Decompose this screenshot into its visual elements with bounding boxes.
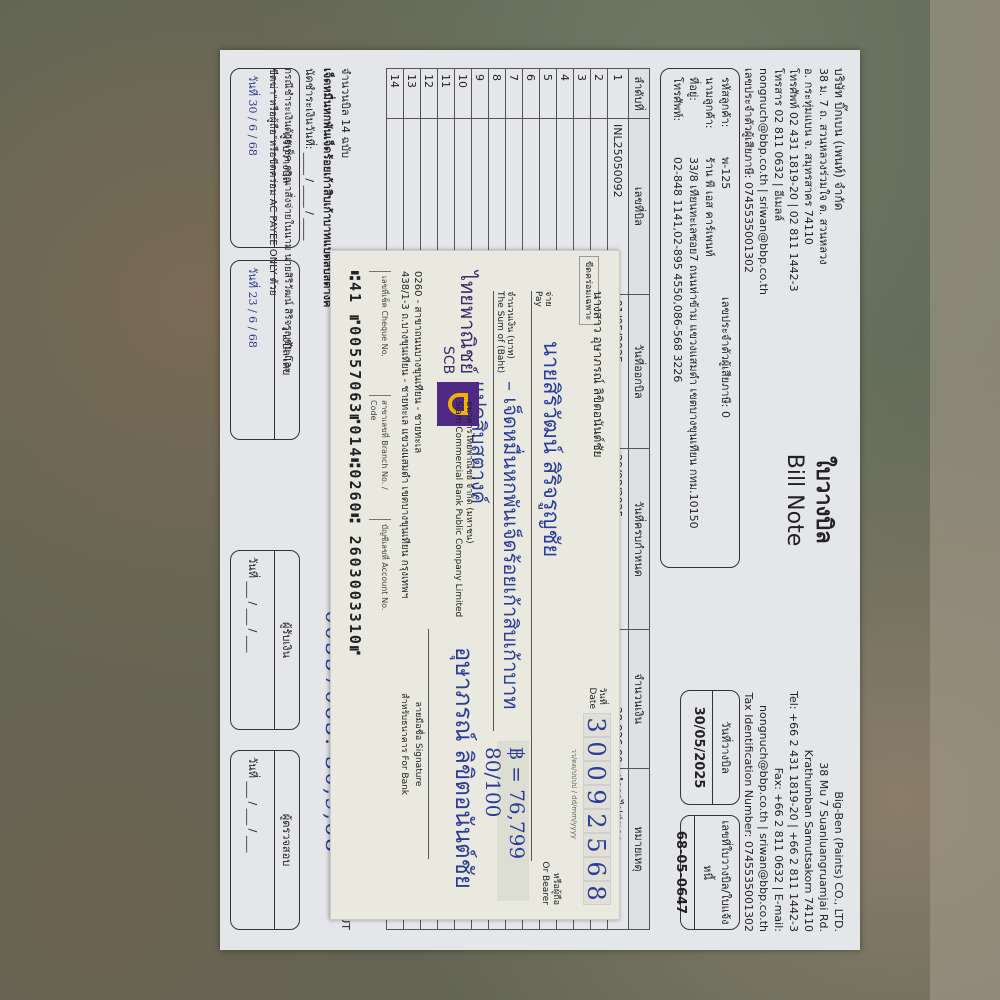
date-label-thai: วันที่ — [597, 687, 607, 709]
signature-label: วางบิลโดย — [274, 261, 299, 439]
customer-address: 33/8 เทียนทะเลซอย7 ถนนท่าข้าม แขวงแสมดำ … — [685, 157, 701, 529]
table-cell: 2 — [591, 69, 608, 119]
signature-label: ผู้รับเงิน — [274, 551, 299, 729]
bank-full-english: Siam Commercial Bank Public Company Limi… — [452, 401, 463, 617]
table-cell: 10 — [455, 69, 472, 119]
bill-number-box: เลขที่ใบวางบิล/ใบแจ้งหนี้ 68-05-0647 — [680, 815, 740, 930]
payment-date: นัดชำระเงินวันที่: ____ / ____ / ____ — [301, 68, 319, 930]
table-cell: 11 — [438, 69, 455, 119]
account-no-field: บัญชีเลขที่ Account No. — [369, 519, 391, 629]
branch-address: 438/1-3 ถ.บางขุนเทียน - ชายทะเล แขวงแสมด… — [398, 271, 411, 598]
sum-line: จำนวนเงิน (บาท) The Sum of (Baht) – เจ็ด… — [493, 291, 527, 731]
signature-label-block: ลายมือชื่อ Signature สำหรับธนาคาร For Ba… — [398, 629, 429, 859]
signature-date: วันที่ ___ / ___ / ___ — [232, 751, 274, 929]
company-phone: Tel: +66 2 431 1819-20 | +66 2 811 1442-… — [786, 632, 801, 932]
or-bearer-label: หรือผู้ถือ Or Bearer — [539, 861, 561, 905]
table-cell: 3 — [574, 69, 591, 119]
customer-phone: 02-848 1141,02-895 4550,086-568 3226 — [669, 157, 685, 382]
company-phone: โทรศัพท์ 02 431 1819-20 | 02 811 1442-3 — [786, 68, 801, 398]
document-title: ใบวางบิล Bill Note — [782, 430, 842, 570]
table-cell: 12 — [421, 69, 438, 119]
table-cell: 6 — [523, 69, 540, 119]
column-header: วันที่ออกบิล — [629, 294, 650, 449]
cheque-date: วันที่Date 30092568 — [583, 687, 611, 905]
signature-box-inspector: ผู้ตรวจสอบ วันที่ ___ / ___ / ___ — [230, 750, 300, 930]
date-digit: 8 — [583, 881, 611, 905]
column-header: เลขที่บิล — [629, 119, 650, 295]
date-digit: 0 — [583, 761, 611, 785]
company-name-english: Big-Ben (Paints) CO., LTD. — [831, 632, 846, 932]
branch-code: 0260 - สาขาถนนบางขุนเทียน - ชายทะเล — [411, 271, 424, 598]
date-digit: 9 — [583, 785, 611, 809]
date-digits: 30092568 — [583, 713, 611, 905]
date-format-hint: วว/ดด/ปปปป / dd/mm/yyyy — [568, 749, 579, 839]
table-cell: 7 — [506, 69, 523, 119]
title-english: Bill Note — [782, 430, 807, 570]
signature-date: วันที่ 23 / 6 / 68 — [232, 261, 274, 439]
handwritten-signature: อุษาภรณ์ ลิขิตอนันต์ชัย — [445, 647, 484, 889]
company-tax-id: Tax Identification Number: 0745535001302 — [741, 632, 756, 932]
label: โทรศัพท์: — [669, 77, 685, 157]
column-header: จำนวนเงิน — [629, 629, 650, 768]
signature-box-billed-by: วางบิลโดย วันที่ 23 / 6 / 68 — [230, 260, 300, 440]
table-cell: 8 — [489, 69, 506, 119]
label: นามลูกค้า: — [701, 77, 717, 157]
table-cell: 13 — [404, 69, 421, 119]
signature-box-receiver: ผู้รับวางบิล วันที่ 30 / 6 / 68 — [230, 68, 300, 248]
bill-date-label: วันที่วางบิล — [712, 691, 739, 804]
stone-background — [930, 0, 1000, 1000]
table-cell: 1 — [608, 69, 629, 119]
table-header: ลำดับที่เลขที่บิลวันที่ออกบิลวันที่ครบกำ… — [629, 69, 650, 930]
account-holder: นางสาว อุษาภรณ์ ลิขิตอนันต์ชัย — [588, 291, 607, 458]
signature-date: วันที่ 30 / 6 / 68 — [232, 69, 274, 247]
title-thai: ใบวางบิล — [807, 430, 842, 570]
company-email: nongnuch@bbp.co.th | sriwan@bbp.co.th — [756, 68, 771, 398]
bill-number-label: เลขที่ใบวางบิล/ใบแจ้งหนี้ — [694, 816, 739, 929]
cheque-no-field: เลขที่เช็ค Cheque No. — [369, 271, 391, 381]
column-header: ลำดับที่ — [629, 69, 650, 119]
bill-count: จำนวนบิล 14 ฉบับ — [337, 68, 355, 158]
label: ที่อยู่: — [685, 77, 701, 157]
bill-number-value: 68-05-0647 — [667, 816, 694, 929]
company-fax: โทรสาร 02 811 0632 | อีเมลล์ — [771, 68, 786, 398]
signature-label: ผู้รับวางบิล — [274, 69, 299, 247]
company-address-line: 38 ม. 7 ถ. สวนหลวงร่วมใจ ต. สวนหลวง — [816, 68, 831, 398]
date-label-english: Date — [587, 687, 597, 709]
bill-date-value: 30/05/2025 — [685, 691, 712, 804]
table-cell: 14 — [387, 69, 404, 119]
column-header: วันที่ครบกำหนด — [629, 449, 650, 630]
for-bank-label: สำหรับธนาคาร For Bank — [398, 629, 412, 859]
customer-box: รหัสลูกค้า:พ-125เลขประจำตัวผู้เสียภาษี: … — [660, 68, 740, 568]
bill-date-box: วันที่วางบิล 30/05/2025 — [680, 690, 740, 805]
signature-date: วันที่ ___ / ___ / ___ — [232, 551, 274, 729]
company-address-line: Krathumban Samutsakorn 74110 — [801, 632, 816, 932]
company-address-line: 38 Mu 7 Suanluangruamjai Rd. — [816, 632, 831, 932]
table-cell: 4 — [557, 69, 574, 119]
table-cell: 9 — [472, 69, 489, 119]
branch-no-field: สาขาเลขที่ Branch No. / Code — [369, 395, 391, 505]
table-cell: 5 — [540, 69, 557, 119]
date-digit: 5 — [583, 833, 611, 857]
signature-box-payee: ผู้รับเงิน วันที่ ___ / ___ / ___ — [230, 550, 300, 730]
customer-tax-id: เลขประจำตัวผู้เสียภาษี: 0 — [717, 297, 733, 418]
date-digit: 2 — [583, 809, 611, 833]
bank-name-thai: ไทยพาณิชย์ — [456, 271, 480, 374]
pay-label: จ่าย Pay — [533, 291, 553, 307]
signature-label: ผู้ตรวจสอบ — [274, 751, 299, 929]
company-info-thai: บริษัท บิ๊กเบน (เพนท์) จำกัด 38 ม. 7 ถ. … — [741, 68, 846, 398]
label: รหัสลูกค้า: — [717, 77, 733, 157]
cheque-fields: เลขที่เช็ค Cheque No. สาขาเลขที่ Branch … — [369, 271, 391, 629]
signature-label: ลายมือชื่อ Signature — [412, 629, 426, 859]
amount-box: ฿ = 76,799 80/100 — [497, 741, 529, 901]
date-digit: 3 — [583, 713, 611, 737]
bill-note-document: บริษัท บิ๊กเบน (เพนท์) จำกัด 38 ม. 7 ถ. … — [220, 50, 860, 950]
company-fax: Fax: +66 2 811 0632 | E-mail: — [771, 632, 786, 932]
company-name-thai: บริษัท บิ๊กเบน (เพนท์) จำกัด — [831, 68, 846, 398]
column-header: หมายเหตุ — [629, 768, 650, 929]
company-address-line: อ. กระทุ่มแบน จ. สมุทรสาคร 74110 — [801, 68, 816, 398]
company-info-english: Big-Ben (Paints) CO., LTD. 38 Mu 7 Suanl… — [741, 632, 846, 932]
bank-name-english: SCB — [438, 271, 458, 374]
company-email: nongnuch@bbp.co.th | sriwan@bbp.co.th — [756, 632, 771, 932]
customer-name: ร้าน พี เอส คาร์เพนท์ — [701, 157, 717, 257]
date-digit: 6 — [583, 857, 611, 881]
pay-value: นายสิริวัฒน์ สิริจรูญชัย — [534, 341, 569, 557]
micr-line: ⑆41 ⑈00557063⑈014⑆0260⑆ 2603003310⑈ — [346, 271, 364, 657]
sum-label: จำนวนเงิน (บาท) The Sum of (Baht) — [495, 291, 515, 373]
bank-full-name: ธนาคารไทยพาณิชย์ จำกัด (มหาชน) Siam Comm… — [452, 401, 474, 617]
branch-info: 0260 - สาขาถนนบางขุนเทียน - ชายทะเล 438/… — [398, 271, 424, 598]
pay-line: จ่าย Pay นายสิริวัฒน์ สิริจรูญชัย — [531, 291, 569, 861]
bank-full-thai: ธนาคารไทยพาณิชย์ จำกัด (มหาชน) — [463, 401, 474, 617]
date-digit: 0 — [583, 737, 611, 761]
scb-cheque: ขีดคร่อมเฉพาะ นางสาว อุษาภรณ์ ลิขิตอนันต… — [330, 250, 620, 920]
customer-code: พ-125 — [717, 157, 733, 297]
company-tax-id: เลขประจำตัวผู้เสียภาษี: 0745535001302 — [741, 68, 756, 398]
